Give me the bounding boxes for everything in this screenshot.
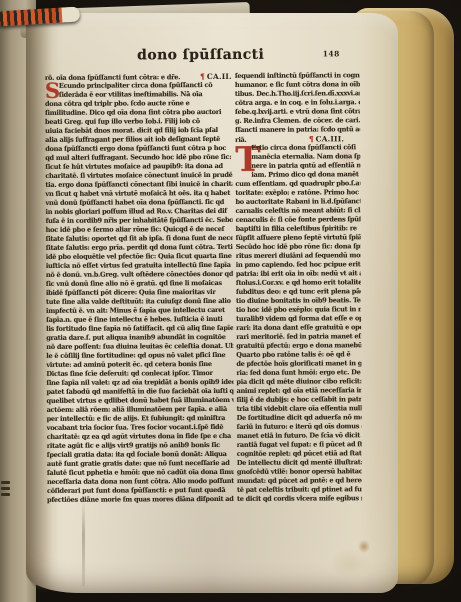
rubric-pilcrow: ¶ [200,72,205,81]
book-photo-scene: dono ſpūſſancti 148 rō. oīa dona ſpūſſan… [0,0,461,602]
line-end-fragment: riā. [235,136,246,145]
printed-page-content: dono ſpūſſancti 148 rō. oīa dona ſpūſſan… [24,12,399,594]
text-line: te dicit qd cordis vlcera miſe egibus re… [237,494,362,504]
right-column-continuation: ſequendi inſtinctū ſpūſſancti in cognitō… [235,71,360,135]
right-text-column: ſequendi inſtinctū ſpūſſancti in cognitō… [235,71,362,505]
text-line: Ecundo principaliter circa dona ſpūſſanc… [45,81,232,91]
chapter-heading-ca3: CA.III. [316,134,345,143]
lombard-initial-t: T [235,144,251,180]
left-text-column: rō. oīa dona ſpūſſancti ſunt cōtra: e dr… [45,72,234,506]
facing-page-text-marks [1,478,11,504]
lombard-initial-s: S [45,82,59,100]
chapter-heading-ca2: CA.II. [207,72,232,81]
right-column-lines: Ertio circa dona ſpūſſancti cōſimanēcia … [235,143,362,504]
left-column-lines: Ecundo principaliter circa dona ſpūſſanc… [45,81,234,505]
left-column-paragraph: S Ecundo principaliter circa dona ſpūſſa… [45,81,234,505]
folio-number: 148 [323,49,349,58]
right-column-paragraph: T Ertio circa dona ſpūſſancti cōſimanēci… [235,143,362,504]
rubric-pilcrow: ¶ [309,134,314,143]
text-line: ſimilitudine. Dico qd oīa dona ſint cōtr… [45,108,232,118]
running-header: dono ſpūſſancti [113,47,289,64]
text-line: pfectiōes diāne morie ſm quas mores diān… [47,495,234,505]
